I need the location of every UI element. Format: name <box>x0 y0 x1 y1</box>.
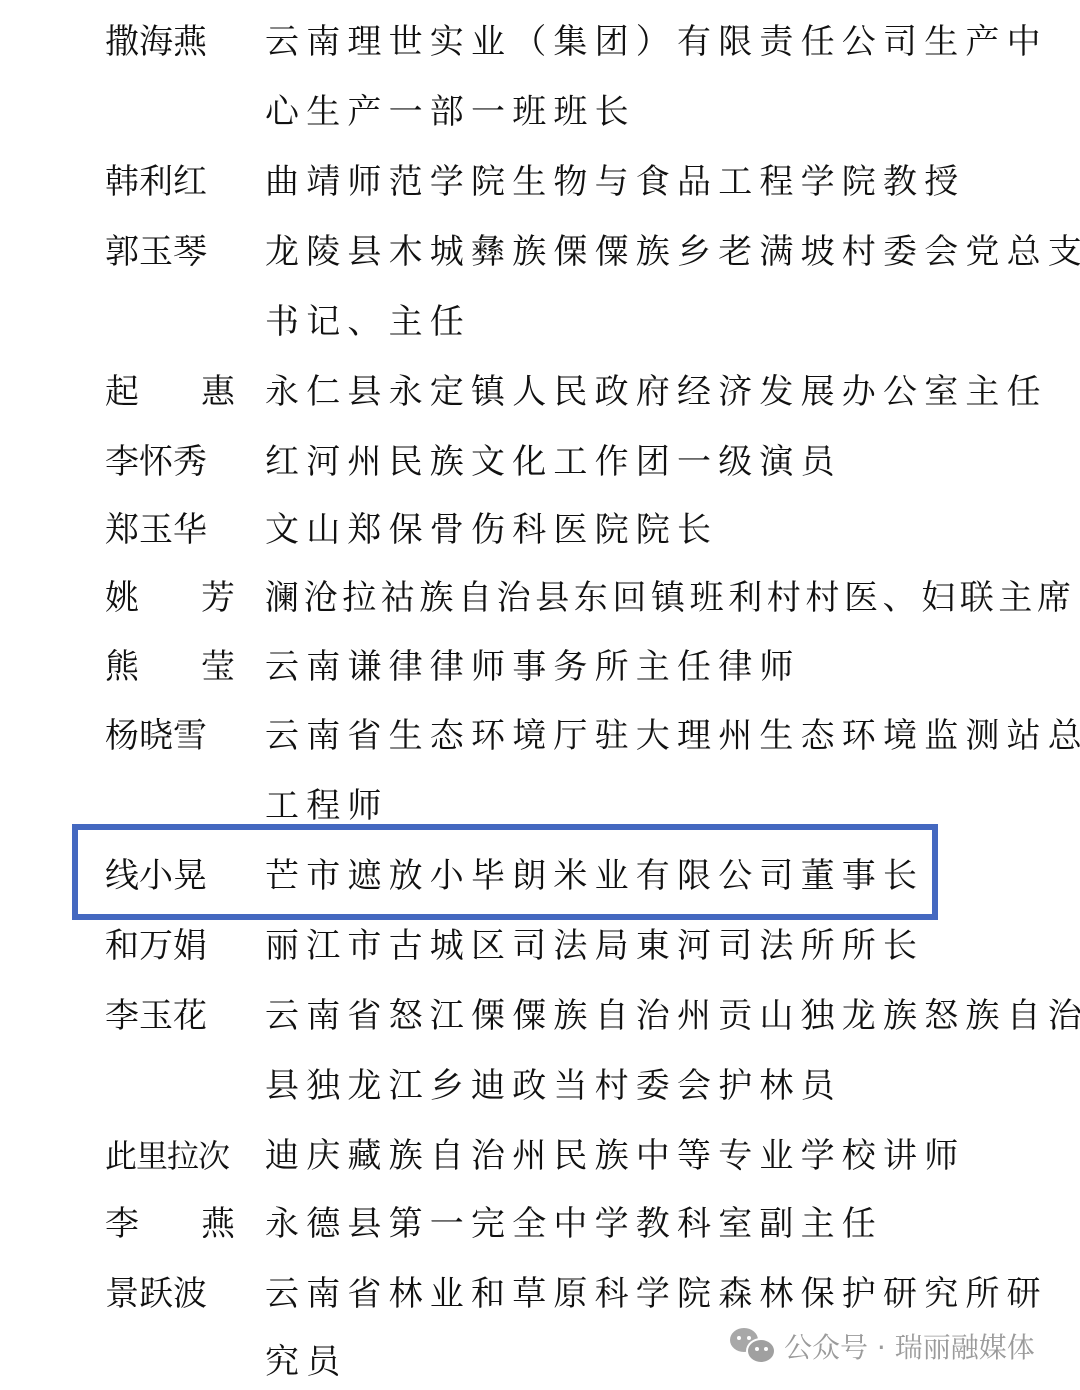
entry-description: 丽江市古城区司法局東河司法所所长 <box>265 916 924 976</box>
entry-name: 景跃波 <box>105 1264 235 1324</box>
entry-name: 此里拉次 <box>105 1126 240 1186</box>
entry-name: 撒海燕 <box>105 12 235 72</box>
entry-description: 永仁县永定镇人民政府经济发展办公室主任 <box>265 362 1048 422</box>
entry-description: 曲靖师范学院生物与食品工程学院教授 <box>265 152 965 212</box>
entry-name: 郑玉华 <box>105 500 235 560</box>
entry-row: 撒海燕 云南理世实业（集团）有限责任公司生产中 <box>0 12 1080 72</box>
entry-row-highlighted: 线小晃 芒市遮放小毕朗米业有限公司董事长 <box>0 846 1080 906</box>
entry-description: 书记、主任 <box>265 292 471 352</box>
entry-name: 韩利红 <box>105 152 235 212</box>
entry-row: 李怀秀 红河州民族文化工作团一级演员 <box>0 432 1080 492</box>
watermark: 公众号 · 瑞丽融媒体 <box>730 1322 1035 1370</box>
entry-name: 起惠 <box>105 362 235 422</box>
entry-name: 李怀秀 <box>105 432 235 492</box>
entry-description: 云南理世实业（集团）有限责任公司生产中 <box>265 12 1048 72</box>
entry-description: 云南省怒江傈僳族自治州贡山独龙族怒族自治 <box>265 986 1080 1046</box>
entry-row: 熊莹 云南谦律律师事务所主任律师 <box>0 637 1080 697</box>
watermark-text: 公众号 · 瑞丽融媒体 <box>784 1326 1035 1366</box>
entry-row: 景跃波 云南省林业和草原科学院森林保护研究所研 <box>0 1264 1080 1324</box>
entry-name: 郭玉琴 <box>105 222 235 282</box>
entry-row: 郑玉华 文山郑保骨伤科医院院长 <box>0 500 1080 560</box>
entry-description: 龙陵县木城彝族傈僳族乡老满坡村委会党总支 <box>265 222 1080 282</box>
entry-description: 澜沧拉祜族自治县东回镇班利村村医、妇联主席 <box>265 568 1076 628</box>
entry-name: 和万娟 <box>105 916 235 976</box>
entry-row: 李燕 永德县第一完全中学教科室副主任 <box>0 1194 1080 1254</box>
entry-row-continuation: 县独龙江乡迪政当村委会护林员 <box>0 1056 1080 1116</box>
entry-description: 云南省林业和草原科学院森林保护研究所研 <box>265 1264 1048 1324</box>
entry-name: 李燕 <box>105 1194 235 1254</box>
entry-description: 心生产一部一班班长 <box>265 82 636 142</box>
entry-description: 云南省生态环境厅驻大理州生态环境监测站总 <box>265 706 1080 766</box>
entry-description: 究员 <box>265 1332 347 1390</box>
entry-name: 线小晃 <box>105 846 235 906</box>
entry-description: 云南谦律律师事务所主任律师 <box>265 637 801 697</box>
entry-description: 芒市遮放小毕朗米业有限公司董事长 <box>265 846 924 906</box>
entry-name: 李玉花 <box>105 986 235 1046</box>
entry-row: 此里拉次 迪庆藏族自治州民族中等专业学校讲师 <box>0 1126 1080 1186</box>
entry-description: 永德县第一完全中学教科室副主任 <box>265 1194 883 1254</box>
entry-row: 起惠 永仁县永定镇人民政府经济发展办公室主任 <box>0 362 1080 422</box>
entry-name: 熊莹 <box>105 637 235 697</box>
wechat-icon <box>730 1326 776 1366</box>
entry-description: 县独龙江乡迪政当村委会护林员 <box>265 1056 842 1116</box>
entry-row: 郭玉琴 龙陵县木城彝族傈僳族乡老满坡村委会党总支 <box>0 222 1080 282</box>
entry-row: 韩利红 曲靖师范学院生物与食品工程学院教授 <box>0 152 1080 212</box>
entry-row: 和万娟 丽江市古城区司法局東河司法所所长 <box>0 916 1080 976</box>
entry-description: 红河州民族文化工作团一级演员 <box>265 432 842 492</box>
entry-row-continuation: 书记、主任 <box>0 292 1080 352</box>
entry-description: 文山郑保骨伤科医院院长 <box>265 500 718 560</box>
entry-name: 姚芳 <box>105 568 235 628</box>
entry-row: 李玉花 云南省怒江傈僳族自治州贡山独龙族怒族自治 <box>0 986 1080 1046</box>
entry-row: 姚芳 澜沧拉祜族自治县东回镇班利村村医、妇联主席 <box>0 568 1080 628</box>
entry-row-continuation: 心生产一部一班班长 <box>0 82 1080 142</box>
entry-description: 迪庆藏族自治州民族中等专业学校讲师 <box>265 1126 965 1186</box>
entry-row: 杨晓雪 云南省生态环境厅驻大理州生态环境监测站总 <box>0 706 1080 766</box>
entry-name: 杨晓雪 <box>105 706 235 766</box>
